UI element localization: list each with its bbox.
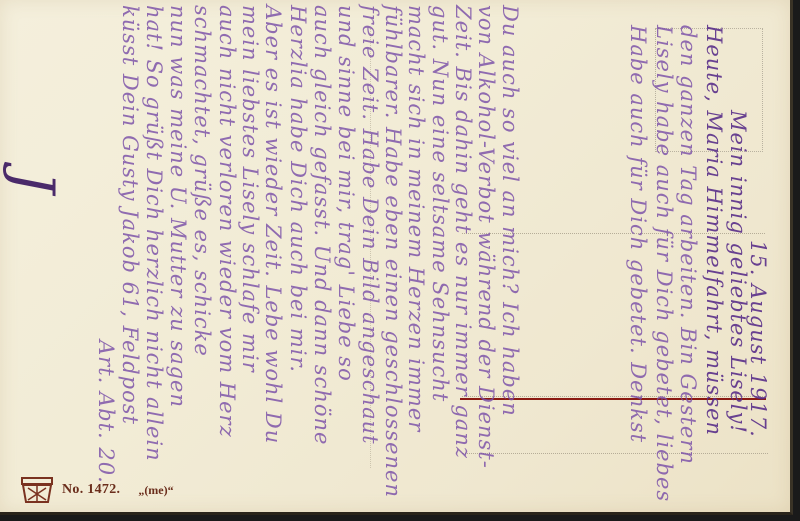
handwriting-line: Du auch so viel an mich? Ich haben [498, 5, 522, 417]
handwriting-line: Lisely habe auch für Dich gebetet, liebe… [652, 25, 676, 502]
postcard-back: 15. August 1917. Mein innig geliebtes Li… [0, 0, 793, 515]
handwriting-line: fühlbarer. Habe eben einen geschlossenen [381, 5, 405, 498]
handwritten-letter: 15. August 1917. Mein innig geliebtes Li… [0, 0, 793, 515]
card-number: No. 1472. [62, 482, 120, 498]
signature: J [1, 171, 66, 193]
handwriting-line: Heute, Maria Himmelfahrt, müssen [702, 25, 726, 436]
handwriting-line: macht sich in meinem Herzen immer [404, 5, 428, 432]
handwriting-line: gut. Nun eine seltsame Sehnsucht [428, 5, 452, 402]
handwriting-line: und sinne bei mir, trag' Liebe so [334, 5, 358, 382]
handwriting-line: von Alkohol-Verbot während der Dienst- [474, 5, 498, 469]
handwriting-line: Aber es ist wieder Zeit. Lebe wohl Du [261, 5, 285, 444]
publisher-mark: „(me)“ [138, 483, 173, 498]
handwriting-line: auch nicht verloren wieder vom Herz [215, 5, 239, 438]
handwriting-line: freie Zeit. Habe Dein Bild angeschaut [358, 5, 382, 445]
handwriting-line: Habe auch für Dich gebetet. Denkst [626, 25, 650, 443]
handwriting-line: auch gleich gefasst. Und dann schöne [310, 5, 334, 445]
handwriting-line: Art. Abt. 20. [94, 340, 118, 484]
publisher-imprint: No. 1472. „(me)“ [20, 476, 174, 504]
handwriting-line: nun was meine U. Mutter zu sagen [166, 5, 190, 408]
handwriting-line: Herzlia habe Dich auch bei mir. [286, 5, 310, 373]
handwriting-line: den ganzen Tag arbeiten. Bin Gestern [676, 25, 700, 465]
handwriting-line: küsst Dein Gusty Jakob 61, Feldpost [118, 5, 142, 425]
handwriting-line: mein liebstes Lisely schlafe mir [238, 5, 262, 373]
publisher-crest-icon [20, 476, 54, 504]
handwriting-line: Zeit. Bis dahin geht es nur immer ganz [451, 5, 475, 459]
handwriting-line: schmachtet, grüße es, schicke [190, 5, 214, 357]
handwriting-line: Mein innig geliebtes Lisely! [726, 110, 750, 434]
handwriting-line: hat! So grüßt Dich herzlich nicht allein [142, 5, 166, 462]
